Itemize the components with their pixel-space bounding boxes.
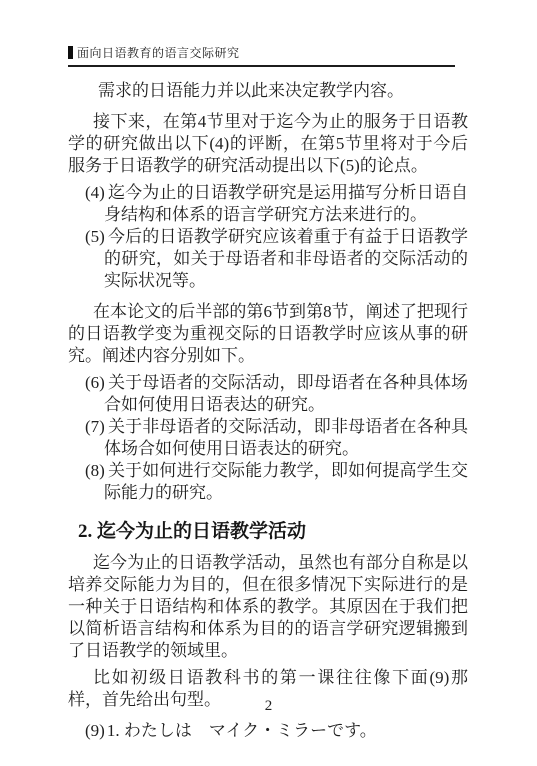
item-text: 迄今为止的日语教学研究是运用描写分析日语自身结构和体系的语言学研究方法来进行的。 bbox=[104, 183, 468, 224]
numbered-list-4-5: (4)迄今为止的日语教学研究是运用描写分析日语自身结构和体系的语言学研究方法来进… bbox=[68, 182, 468, 292]
item-text: 今后的日语教学研究应该着重于有益于日语教学的研究，如关于母语者和非母语者的交际活… bbox=[104, 227, 468, 290]
paragraph-carryover: 需求的日语能力并以此来决定教学内容。 bbox=[68, 80, 468, 102]
body-text: 需求的日语能力并以此来决定教学内容。 接下来，在第4节里对于迄今为止的服务于日语… bbox=[68, 80, 468, 742]
running-header-title: 面向日语教育的语言交际研究 bbox=[77, 44, 240, 61]
item-text: 关于母语者的交际活动，即母语者在各种具体场合如何使用日语表达的研究。 bbox=[104, 373, 468, 414]
section-2-paragraph-1: 迄今为止的日语教学活动，虽然也有部分自称是以培养交际能力为目的，但在很多情况下实… bbox=[68, 552, 468, 662]
running-header: 面向日语教育的语言交际研究 bbox=[68, 44, 455, 67]
list-item-5: (5)今后的日语教学研究应该着重于有益于日语教学的研究，如关于母语者和非母语者的… bbox=[68, 226, 468, 292]
example-marker: (9) bbox=[85, 721, 105, 740]
list-item-6: (6)关于母语者的交际活动，即母语者在各种具体场合如何使用日语表达的研究。 bbox=[68, 372, 468, 416]
item-marker: (5) bbox=[85, 227, 105, 246]
list-item-4: (4)迄今为止的日语教学研究是运用描写分析日语自身结构和体系的语言学研究方法来进… bbox=[68, 182, 468, 226]
item-marker: (7) bbox=[85, 417, 105, 436]
section-2-heading: 2. 迄今为止的日语教学活动 bbox=[78, 521, 468, 543]
item-text: 关于如何进行交际能力教学，即如何提高学生交际能力的研究。 bbox=[104, 461, 468, 502]
item-marker: (6) bbox=[85, 373, 105, 392]
numbered-list-6-7-8: (6)关于母语者的交际活动，即母语者在各种具体场合如何使用日语表达的研究。 (7… bbox=[68, 372, 468, 504]
item-marker: (8) bbox=[85, 461, 105, 480]
example-text: 1. わたしは マイク・ミラーです。 bbox=[107, 721, 377, 740]
paragraph-next-sections: 接下来，在第4节里对于迄今为止的服务于日语教学的研究做出以下(4)的评断，在第5… bbox=[68, 111, 468, 177]
item-text: 关于非母语者的交际活动，即非母语者在各种具体场合如何使用日语表达的研究。 bbox=[104, 417, 468, 458]
document-page: 面向日语教育的语言交际研究 需求的日语能力并以此来决定教学内容。 接下来，在第4… bbox=[0, 0, 537, 766]
list-item-8: (8)关于如何进行交际能力教学，即如何提高学生交际能力的研究。 bbox=[68, 460, 468, 504]
page-number: 2 bbox=[0, 698, 537, 715]
item-marker: (4) bbox=[85, 183, 105, 202]
list-item-7: (7)关于非母语者的交际活动，即非母语者在各种具体场合如何使用日语表达的研究。 bbox=[68, 416, 468, 460]
header-bar-icon bbox=[68, 46, 73, 59]
example-sentence-9: (9)1. わたしは マイク・ミラーです。 bbox=[68, 720, 468, 742]
paragraph-second-half: 在本论文的后半部的第6节到第8节，阐述了把现行的日语教学变为重视交际的日语教学时… bbox=[68, 301, 468, 367]
